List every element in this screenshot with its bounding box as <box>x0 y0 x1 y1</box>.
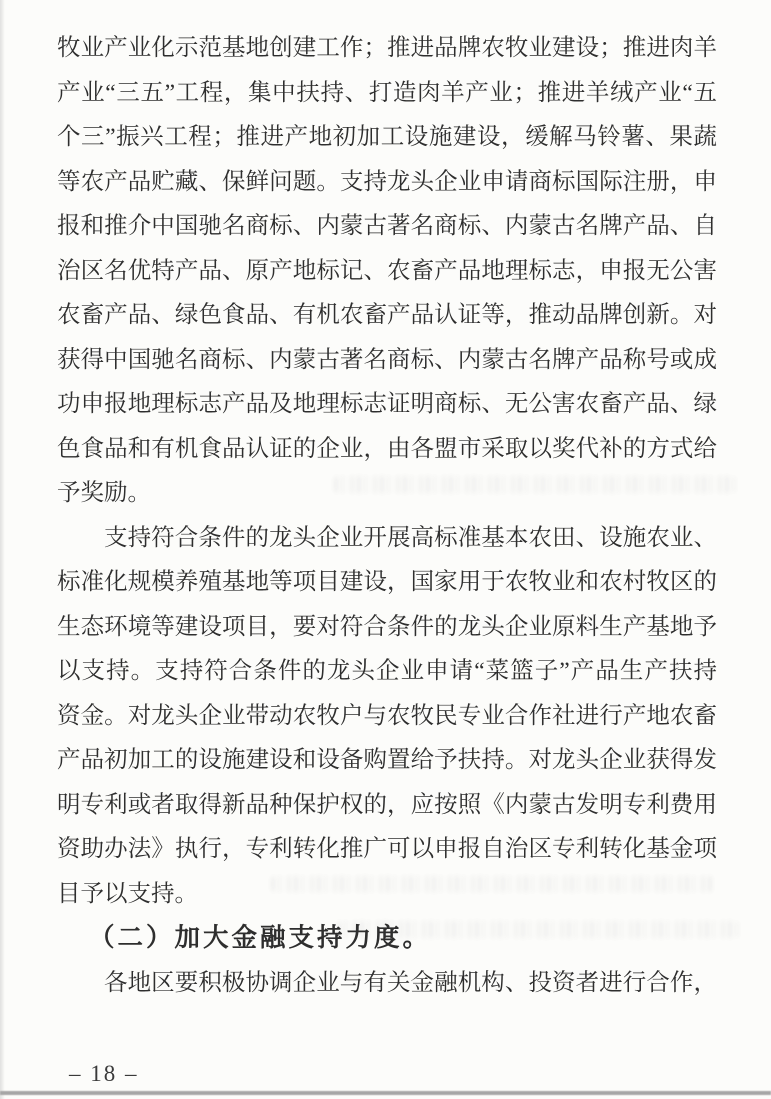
page-number: – 18 – <box>69 1061 139 1087</box>
text-line: 获得中国驰名商标、内蒙古著名商标、内蒙古名牌产品称号或成 <box>57 338 717 383</box>
document-body: 牧业产业化示范基地创建工作；推进品牌农牧业建设；推进肉羊产业“三五”工程，集中扶… <box>57 26 717 1005</box>
text-line: 产业“三五”工程，集中扶持、打造肉羊产业；推进羊绒产业“五 <box>57 71 717 116</box>
text-line: 个三”振兴工程；推进产地初加工设施建设，缓解马铃薯、果蔬 <box>57 115 717 160</box>
text-line: 色食品和有机食品认证的企业，由各盟市采取以奖代补的方式给 <box>57 427 717 472</box>
text-line: 牧业产业化示范基地创建工作；推进品牌农牧业建设；推进肉羊 <box>57 26 717 71</box>
text-line: 产品初加工的设施建设和设备购置给予扶持。对龙头企业获得发 <box>57 738 717 783</box>
text-line: 报和推介中国驰名商标、内蒙古著名商标、内蒙古名牌产品、自 <box>57 204 717 249</box>
text-line: 支持符合条件的龙头企业开展高标准基本农田、设施农业、 <box>57 516 717 561</box>
scanned-document-page: 牧业产业化示范基地创建工作；推进品牌农牧业建设；推进肉羊产业“三五”工程，集中扶… <box>0 0 771 1099</box>
text-line: 明专利或者取得新品种保护权的，应按照《内蒙古发明专利费用 <box>57 783 717 828</box>
bleed-through-artifact <box>272 876 712 892</box>
text-line: 治区名优特产品、原产地标记、农畜产品地理标志，申报无公害 <box>57 249 717 294</box>
text-line: 以支持。支持符合条件的龙头企业申请“菜篮子”产品生产扶持 <box>57 649 717 694</box>
scan-edge-shadow-left <box>0 0 5 1099</box>
text-line: 功申报地理标志产品及地理标志证明商标、无公害农畜产品、绿 <box>57 382 717 427</box>
scan-edge-bar-bottom <box>0 1091 771 1095</box>
text-line: 各地区要积极协调企业与有关金融机构、投资者进行合作， <box>57 961 717 1006</box>
text-line: 农畜产品、绿色食品、有机农畜产品认证等，推动品牌创新。对 <box>57 293 717 338</box>
bleed-through-artifact <box>338 921 738 938</box>
bleed-through-artifact <box>335 476 735 493</box>
text-line: 资助办法》执行，专利转化推广可以申报自治区专利转化基金项 <box>57 827 717 872</box>
text-line: 资金。对龙头企业带动农牧户与农牧民专业合作社进行产地农畜 <box>57 694 717 739</box>
text-line: 生态环境等建设项目，要对符合条件的龙头企业原料生产基地予 <box>57 605 717 650</box>
text-line: 等农产品贮藏、保鲜问题。支持龙头企业申请商标国际注册，申 <box>57 160 717 205</box>
text-line: 标准化规模养殖基地等项目建设，国家用于农牧业和农村牧区的 <box>57 560 717 605</box>
